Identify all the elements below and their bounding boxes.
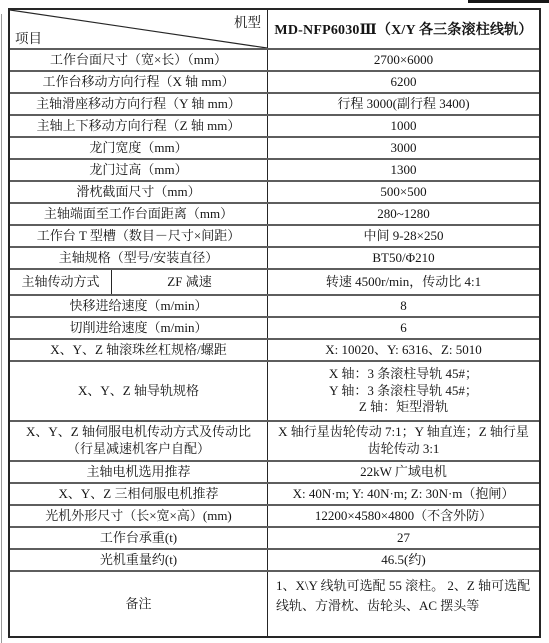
row-label-cell: 滑枕截面尺寸（mm） — [10, 182, 268, 202]
row-label-cell: 备注 — [10, 572, 268, 636]
row-label-cell: 主轴滑座移动方向行程（Y 轴 mm） — [10, 94, 268, 114]
row-label-cell: 工作台移动方向行程（X 轴 mm） — [10, 72, 268, 92]
row-label-cell: X、Y、Z 轴伺服电机传动方式及传动比（行星减速机客户自配） — [10, 422, 268, 460]
row-label-cell: X、Y、Z 轴滚珠丝杠规格/螺距 — [10, 340, 268, 360]
row-value-cell: 6200 — [268, 72, 539, 92]
table-row: 工作台承重(t)27 — [10, 526, 539, 548]
row-value-cell: 3000 — [268, 138, 539, 158]
row-value-cell: 22kW 广域电机 — [268, 462, 539, 482]
table-row: 光机外形尺寸（长×宽×高）(mm)12200×4580×4800（不含外防） — [10, 504, 539, 526]
table-row: 快移进给速度（m/min）8 — [10, 294, 539, 316]
row-value-cell: X: 10020、Y: 6316、Z: 5010 — [268, 340, 539, 360]
row-label-cell: 龙门宽度（mm） — [10, 138, 268, 158]
row-label-cell: 光机重量约(t) — [10, 550, 268, 570]
row-label-cell: 主轴端面至工作台面距离（mm） — [10, 204, 268, 224]
value-line: Z 轴：矩型滑轨 — [359, 399, 448, 416]
table-rows: 工作台面尺寸（宽×长）（mm）2700×6000工作台移动方向行程（X 轴 mm… — [10, 48, 539, 636]
row-value-cell: 行程 3000(副行程 3400) — [268, 94, 539, 114]
table-row: 主轴电机选用推荐22kW 广域电机 — [10, 460, 539, 482]
row-label-cell: 工作台面尺寸（宽×长）（mm） — [10, 50, 268, 70]
row-value-cell: 中间 9-28×250 — [268, 226, 539, 246]
page-edge-line — [1, 14, 2, 643]
value-line: X 轴：3 条滚柱导轨 45#； — [329, 366, 478, 383]
row-label-cell: X、Y、Z 三相伺服电机推荐 — [10, 484, 268, 504]
table-row: 主轴上下移动方向行程（Z 轴 mm）1000 — [10, 114, 539, 136]
diagonal-divider-line — [10, 10, 267, 48]
row-label-cell: 龙门过高（mm） — [10, 160, 268, 180]
value-line: Y 轴：3 条滚柱导轨 45#； — [329, 383, 478, 400]
table-row: 主轴规格（型号/安装直径）BT50/Φ210 — [10, 246, 539, 268]
page-top-border-fragment — [468, 0, 549, 3]
row-value-cell: 6 — [268, 318, 539, 338]
table-row: 滑枕截面尺寸（mm）500×500 — [10, 180, 539, 202]
row-label-cell: 工作台 T 型槽（数目－尺寸×间距） — [10, 226, 268, 246]
row-value-cell: 1000 — [268, 116, 539, 136]
row-value-cell: BT50/Φ210 — [268, 248, 539, 268]
row-value-cell: X: 40N·m; Y: 40N·m; Z: 30N·m（抱闸） — [268, 484, 539, 504]
table-row: 工作台 T 型槽（数目－尺寸×间距）中间 9-28×250 — [10, 224, 539, 246]
spec-table: 机型 项目 MD-NFP6030Ⅲ（X/Y 各三条滚柱线轨） 工作台面尺寸（宽×… — [8, 8, 541, 638]
table-row: 光机重量约(t)46.5(约) — [10, 548, 539, 570]
row-label-cell: 主轴传动方式 — [10, 270, 112, 294]
row-value-cell: 1300 — [268, 160, 539, 180]
header-corner-cell: 机型 项目 — [10, 10, 268, 48]
table-row: 工作台面尺寸（宽×长）（mm）2700×6000 — [10, 48, 539, 70]
table-row: X、Y、Z 轴导轨规格X 轴：3 条滚柱导轨 45#；Y 轴：3 条滚柱导轨 4… — [10, 360, 539, 420]
row-value-cell: 2700×6000 — [268, 50, 539, 70]
row-value-cell: 27 — [268, 528, 539, 548]
table-row: 龙门宽度（mm）3000 — [10, 136, 539, 158]
row-value-cell: 500×500 — [268, 182, 539, 202]
model-title: MD-NFP6030Ⅲ（X/Y 各三条滚柱线轨） — [268, 10, 539, 48]
page: { "table": { "header": { "corner_top": "… — [0, 0, 549, 643]
header-corner-item-label: 项目 — [15, 27, 42, 47]
table-row: 主轴传动方式ZF 减速转速 4500r/min，传动比 4:1 — [10, 268, 539, 294]
row-label-cell: 切削进给速度（m/min） — [10, 318, 268, 338]
table-header-row: 机型 项目 MD-NFP6030Ⅲ（X/Y 各三条滚柱线轨） — [10, 10, 539, 48]
table-row: 主轴端面至工作台面距离（mm）280~1280 — [10, 202, 539, 224]
row-value-cell: 转速 4500r/min，传动比 4:1 — [268, 270, 539, 294]
table-row: X、Y、Z 三相伺服电机推荐X: 40N·m; Y: 40N·m; Z: 30N… — [10, 482, 539, 504]
row-label-cell: 光机外形尺寸（长×宽×高）(mm) — [10, 506, 268, 526]
row-label-cell: 工作台承重(t) — [10, 528, 268, 548]
row-value-cell: X 轴：3 条滚柱导轨 45#；Y 轴：3 条滚柱导轨 45#；Z 轴：矩型滑轨 — [268, 362, 539, 420]
row-value-cell: 280~1280 — [268, 204, 539, 224]
table-row: 龙门过高（mm）1300 — [10, 158, 539, 180]
row-value-cell: 46.5(约) — [268, 550, 539, 570]
table-row: 工作台移动方向行程（X 轴 mm）6200 — [10, 70, 539, 92]
row-label-cell: 主轴电机选用推荐 — [10, 462, 268, 482]
row-value-cell: X 轴行星齿轮传动 7:1；Y 轴直连；Z 轴行星齿轮传动 3:1 — [268, 422, 539, 460]
table-row: 切削进给速度（m/min）6 — [10, 316, 539, 338]
row-label-cell: 主轴规格（型号/安装直径） — [10, 248, 268, 268]
table-row: 备注1、X\Y 线轨可选配 55 滚柱。 2、Z 轴可选配线轨、方滑枕、齿轮头、… — [10, 570, 539, 636]
row-value-cell: 8 — [268, 296, 539, 316]
row-value-cell: 1、X\Y 线轨可选配 55 滚柱。 2、Z 轴可选配线轨、方滑枕、齿轮头、AC… — [268, 572, 539, 636]
row-label-cell: X、Y、Z 轴导轨规格 — [10, 362, 268, 420]
row-label-cell: 快移进给速度（m/min） — [10, 296, 268, 316]
table-row: X、Y、Z 轴滚珠丝杠规格/螺距X: 10020、Y: 6316、Z: 5010 — [10, 338, 539, 360]
table-row: 主轴滑座移动方向行程（Y 轴 mm）行程 3000(副行程 3400) — [10, 92, 539, 114]
row-sublabel-cell: ZF 减速 — [112, 270, 268, 294]
row-label-cell: 主轴上下移动方向行程（Z 轴 mm） — [10, 116, 268, 136]
header-corner-model-label: 机型 — [234, 11, 261, 31]
table-row: X、Y、Z 轴伺服电机传动方式及传动比（行星减速机客户自配）X 轴行星齿轮传动 … — [10, 420, 539, 460]
row-value-cell: 12200×4580×4800（不含外防） — [268, 506, 539, 526]
